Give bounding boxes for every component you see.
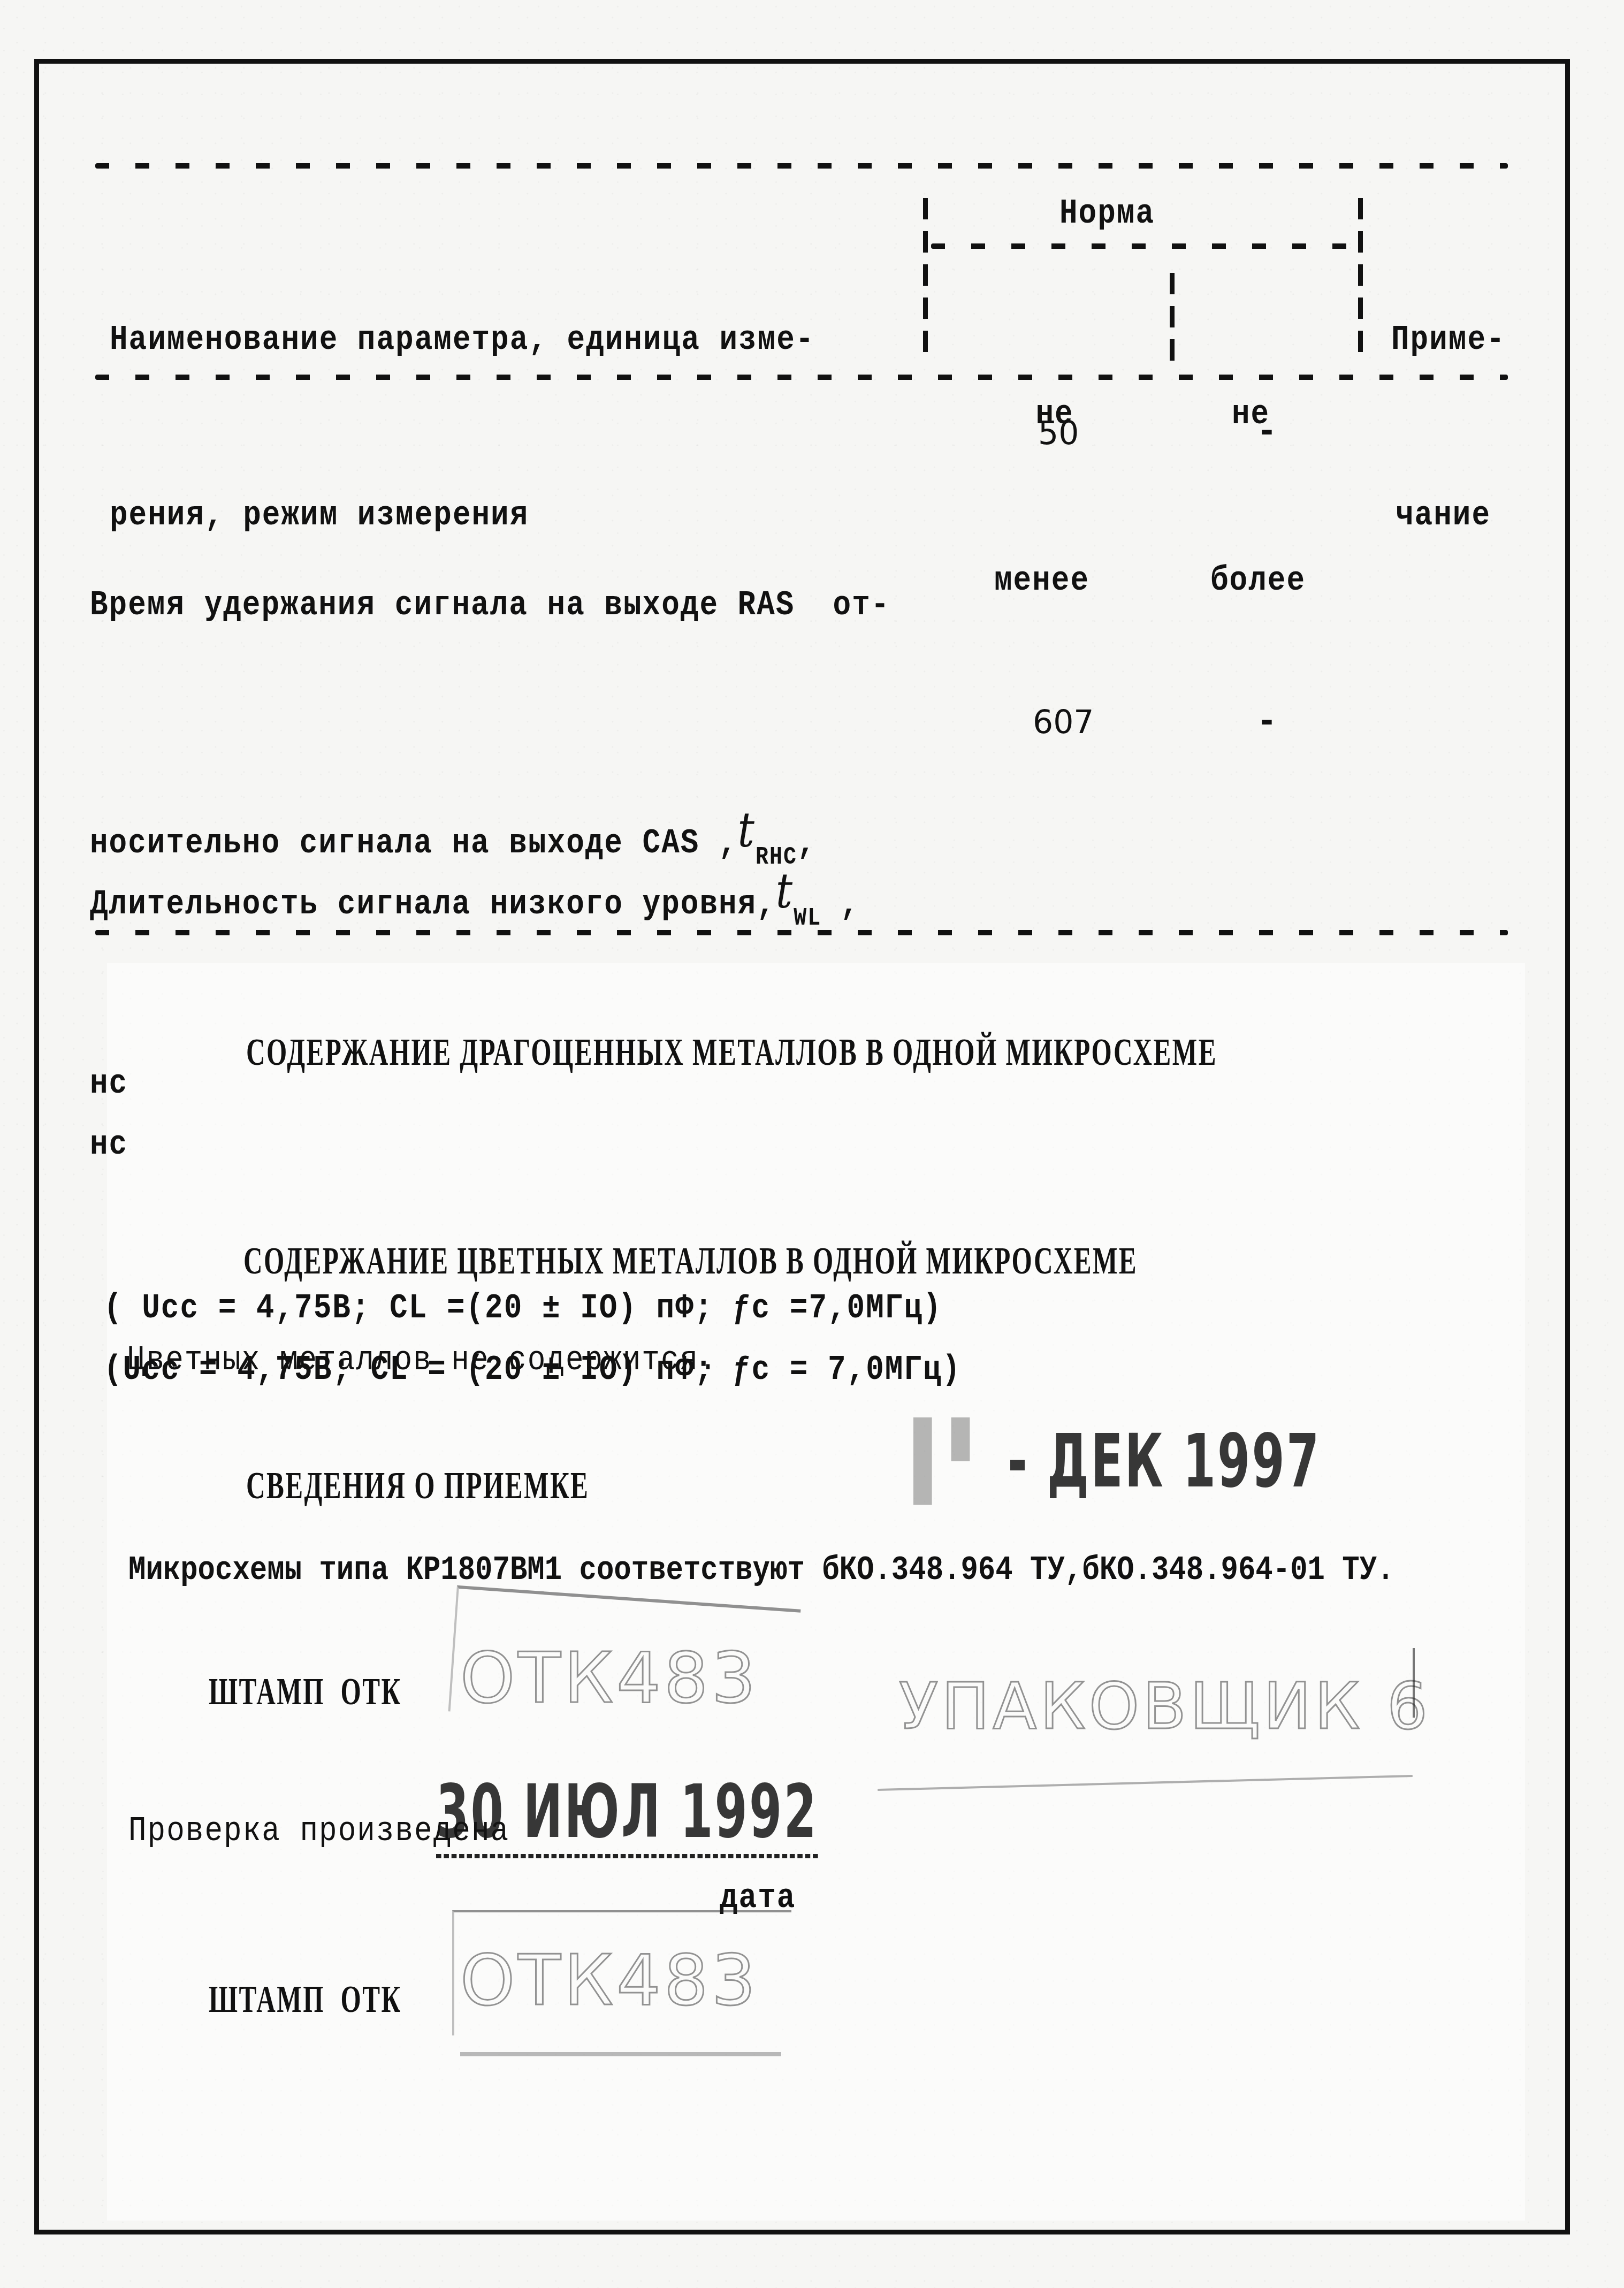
- norm-mid-separator: [1170, 273, 1175, 364]
- min-header-line-2: менее: [994, 553, 1089, 608]
- row-2-min-value: 607: [1033, 704, 1094, 741]
- min-column-header: не менее: [994, 276, 1089, 719]
- row-2-name-line-1-text: Длительность сигнала низкого уровня,: [90, 884, 776, 924]
- otk-stamp-1-label: ШТАМП ОТК: [209, 1669, 402, 1714]
- nonferrous-metals-text: Цветных металлов не содержится.: [127, 1340, 718, 1380]
- row-2-name: Длительность сигнала низкого уровня,tWL …: [90, 704, 961, 1557]
- norm-right-separator: [1358, 198, 1363, 364]
- nonferrous-metals-heading: СОДЕРЖАНИЕ ЦВЕТНЫХ МЕТАЛЛОВ В ОДНОЙ МИКР…: [243, 1239, 1138, 1283]
- norm-left-separator: [923, 198, 928, 364]
- otk-stamp-1: ОТК483: [460, 1637, 759, 1719]
- otk-stamp-2-label: ШТАМП ОТК: [209, 1977, 402, 2022]
- otk-stamp-2: ОТК483: [460, 1940, 759, 2021]
- table-header-bottom-rule: [95, 375, 1508, 380]
- otk-stamp-2-underline: [460, 2052, 781, 2056]
- row-2-symbol: t: [776, 864, 794, 919]
- table-top-rule: [95, 163, 1508, 169]
- december-date-stamp: ▌▘ - ДЕК 1997: [878, 1332, 1321, 1504]
- note-header-line-2: чание: [1391, 486, 1506, 544]
- param-header-line-1: Наименование параметра, единица изме-: [110, 311, 814, 369]
- acceptance-heading: СВЕДЕНИЯ О ПРИЕМКЕ: [246, 1463, 589, 1508]
- row-2-max-value: -: [1260, 702, 1274, 739]
- packer-stamp: УПАКОВЩИК 6: [899, 1669, 1431, 1744]
- row-2-unit: нс: [90, 1107, 961, 1181]
- stamp-dash: -: [1008, 1418, 1047, 1504]
- row-2-symbol-trail: ,: [821, 884, 859, 924]
- note-column-header: Приме- чание: [1391, 194, 1506, 661]
- norm-header: Норма: [1059, 194, 1155, 233]
- row-1-name-line-1: Время удержания сигнала на выходе RAS от…: [90, 568, 942, 643]
- row-1-max-value: -: [1260, 412, 1274, 449]
- check-date-stamp: 30 ИЮЛ 1992: [436, 1768, 818, 1858]
- max-header-line-1: не: [1210, 386, 1306, 442]
- row-2-symbol-subscript: WL: [794, 905, 821, 933]
- row-2-name-line-1: Длительность сигнала низкого уровня,tWL …: [90, 854, 961, 957]
- precious-metals-heading: СОДЕРЖАНИЕ ДРАГОЦЕННЫХ МЕТАЛЛОВ В ОДНОЙ …: [246, 1030, 1217, 1074]
- norm-sub-rule: [931, 243, 1354, 249]
- table-bottom-rule: [95, 930, 1508, 935]
- max-column-header: не более: [1210, 276, 1306, 719]
- note-header-line-1: Приме-: [1391, 311, 1506, 369]
- packer-stamp-right-edge: [1413, 1648, 1415, 1718]
- acceptance-statement: Микросхемы типа КР1807ВМ1 соответствуют …: [128, 1552, 1394, 1589]
- max-header-line-2: более: [1210, 553, 1306, 608]
- december-date-stamp-text: ДЕК 1997: [1047, 1418, 1321, 1504]
- stamp-day-faded: ▌▘: [914, 1418, 1008, 1504]
- row-1-min-value: 50: [1038, 415, 1079, 452]
